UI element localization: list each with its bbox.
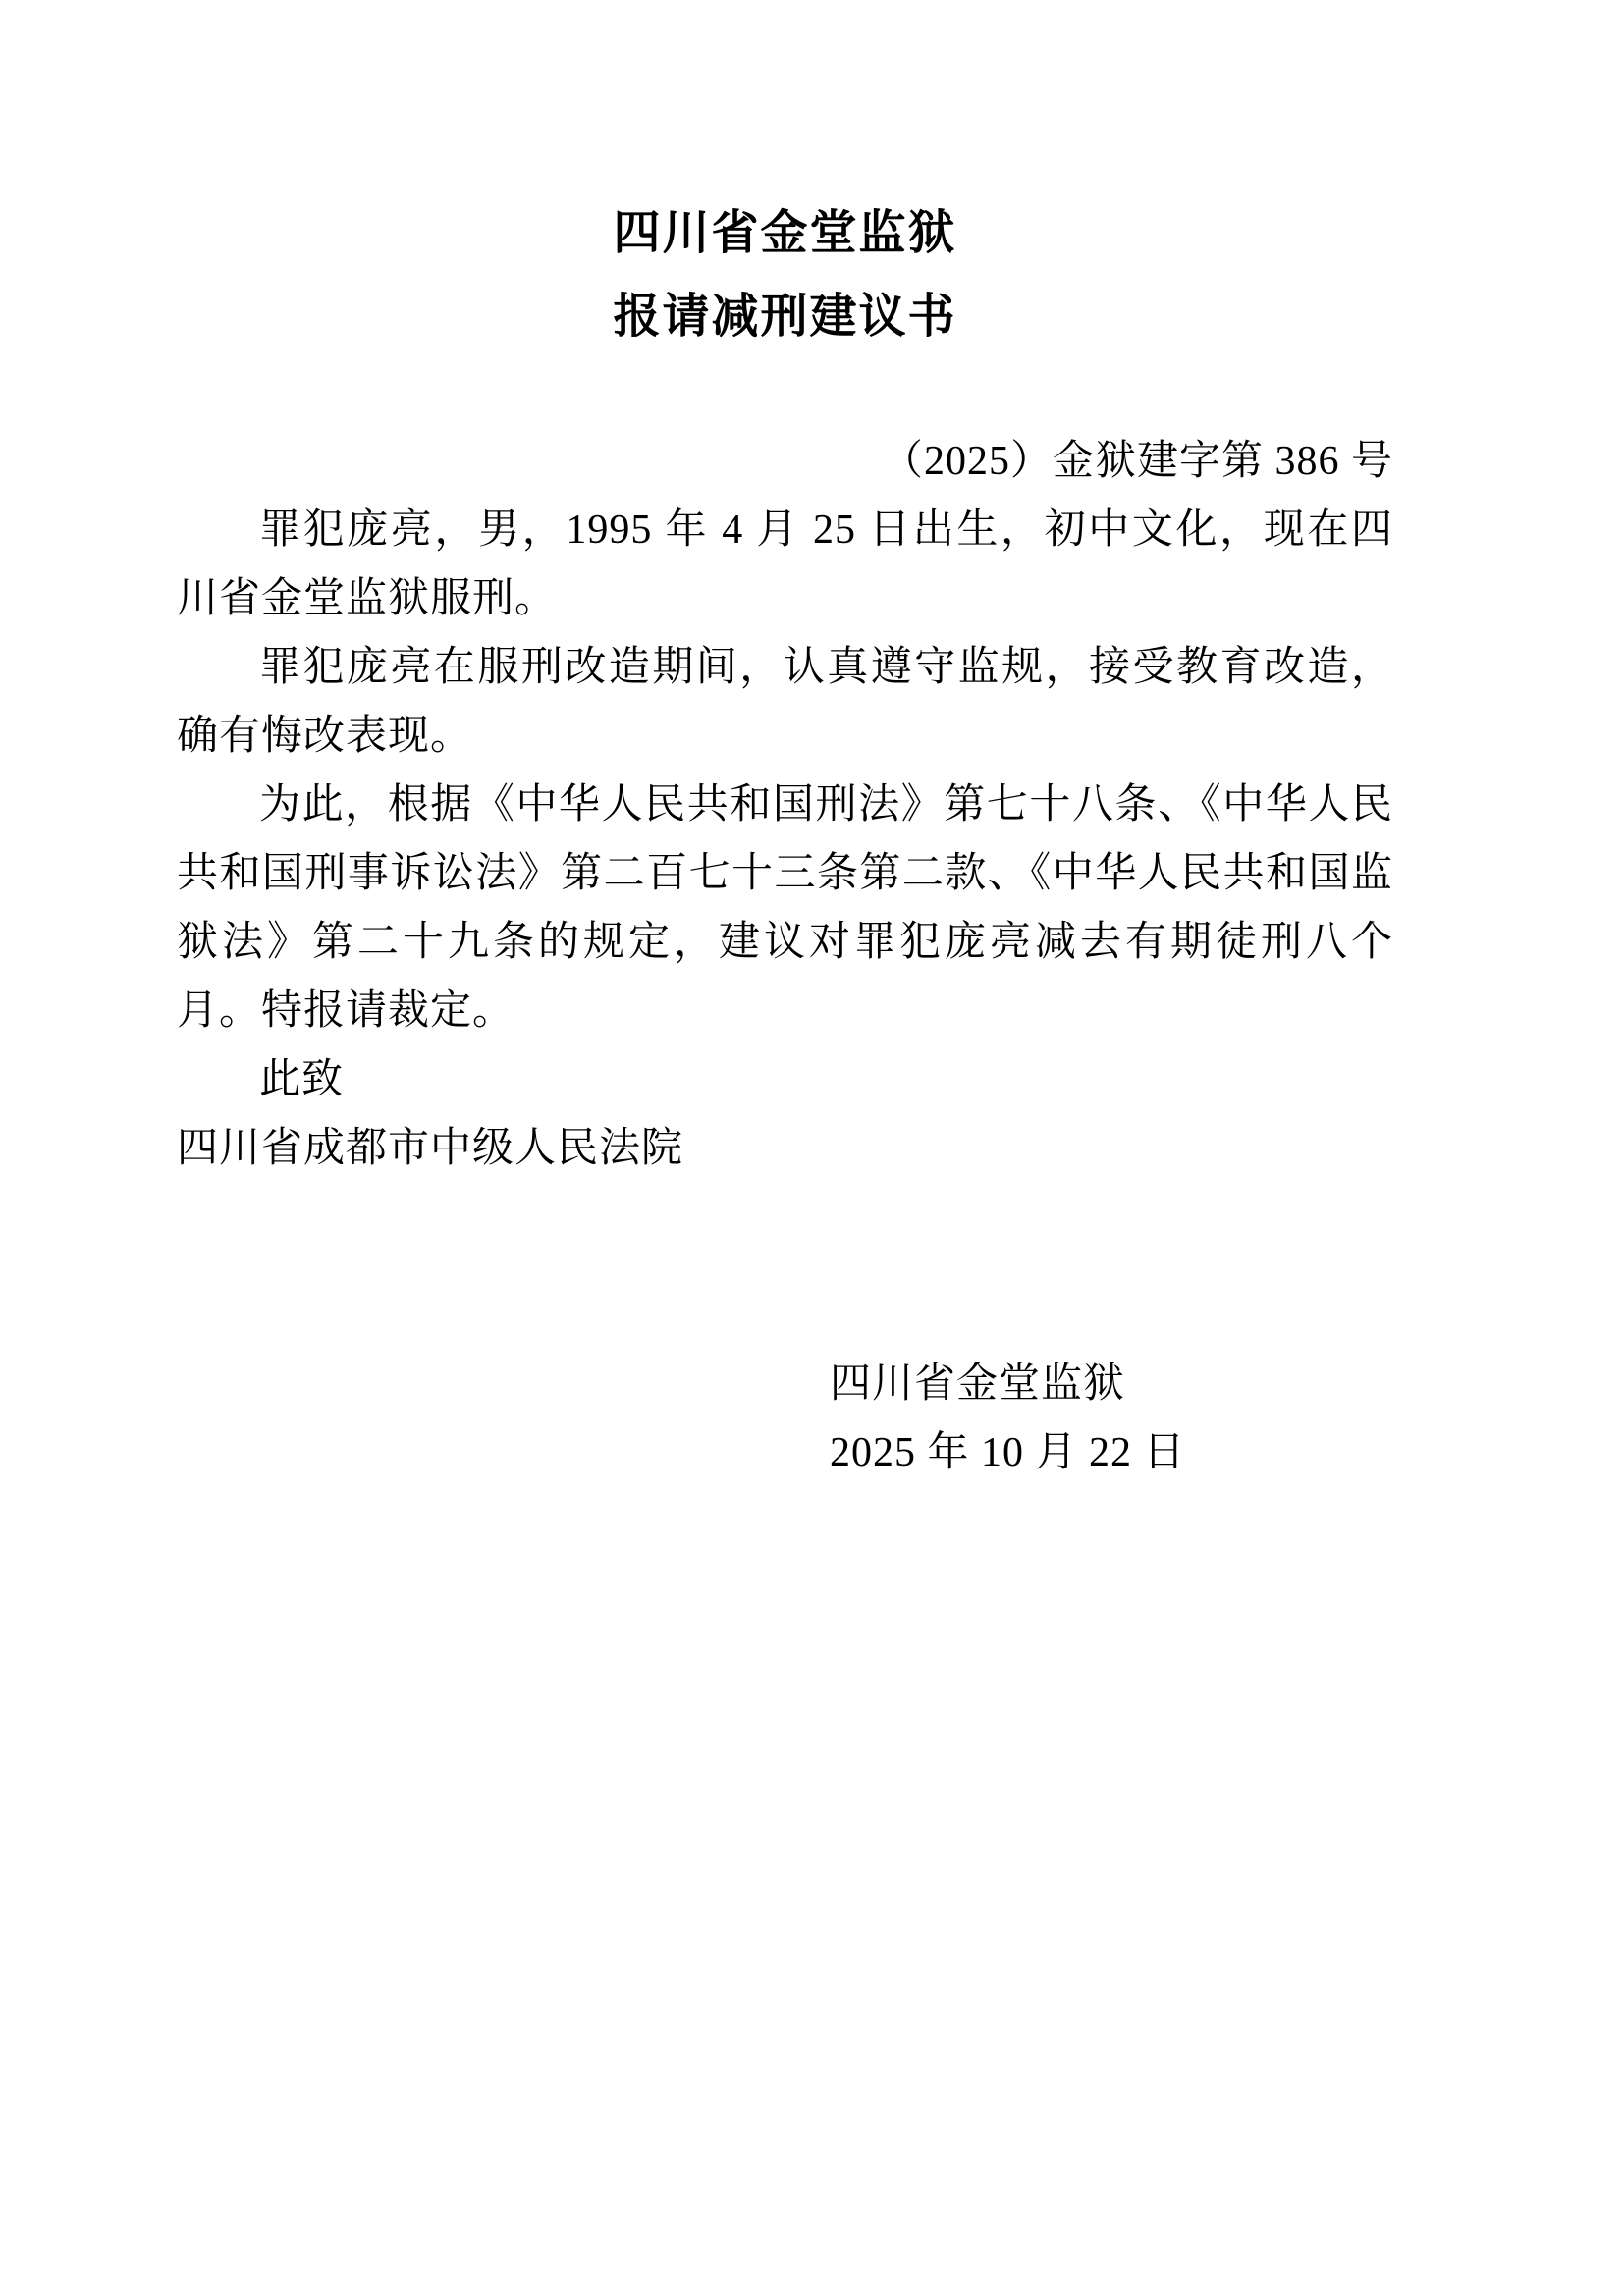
- recipient-court: 四川省成都市中级人民法院: [177, 1114, 1393, 1183]
- signature-block: 四川省金堂监狱 2025 年 10 月 22 日: [830, 1350, 1393, 1487]
- document-page: 四川省金堂监狱 报请减刑建议书 （2025）金狱建字第 386 号 罪犯庞亮，男…: [0, 0, 1624, 2296]
- document-title-line-1: 四川省金堂监狱: [177, 191, 1393, 275]
- signature-organization: 四川省金堂监狱: [830, 1350, 1393, 1418]
- signature-date: 2025 年 10 月 22 日: [830, 1418, 1393, 1487]
- document-number: （2025）金狱建字第 386 号: [177, 427, 1393, 496]
- document-title-line-2: 报请减刑建议书: [177, 275, 1393, 358]
- paragraph-offender-info: 罪犯庞亮，男，1995 年 4 月 25 日出生，初中文化，现在四川省金堂监狱服…: [177, 496, 1393, 633]
- paragraph-conduct: 罪犯庞亮在服刑改造期间，认真遵守监规，接受教育改造，确有悔改表现。: [177, 633, 1393, 771]
- salutation: 此致: [177, 1045, 1393, 1114]
- paragraph-legal-basis: 为此，根据《中华人民共和国刑法》第七十八条、《中华人民共和国刑事诉讼法》第二百七…: [177, 771, 1393, 1045]
- document-title: 四川省金堂监狱 报请减刑建议书: [177, 191, 1393, 358]
